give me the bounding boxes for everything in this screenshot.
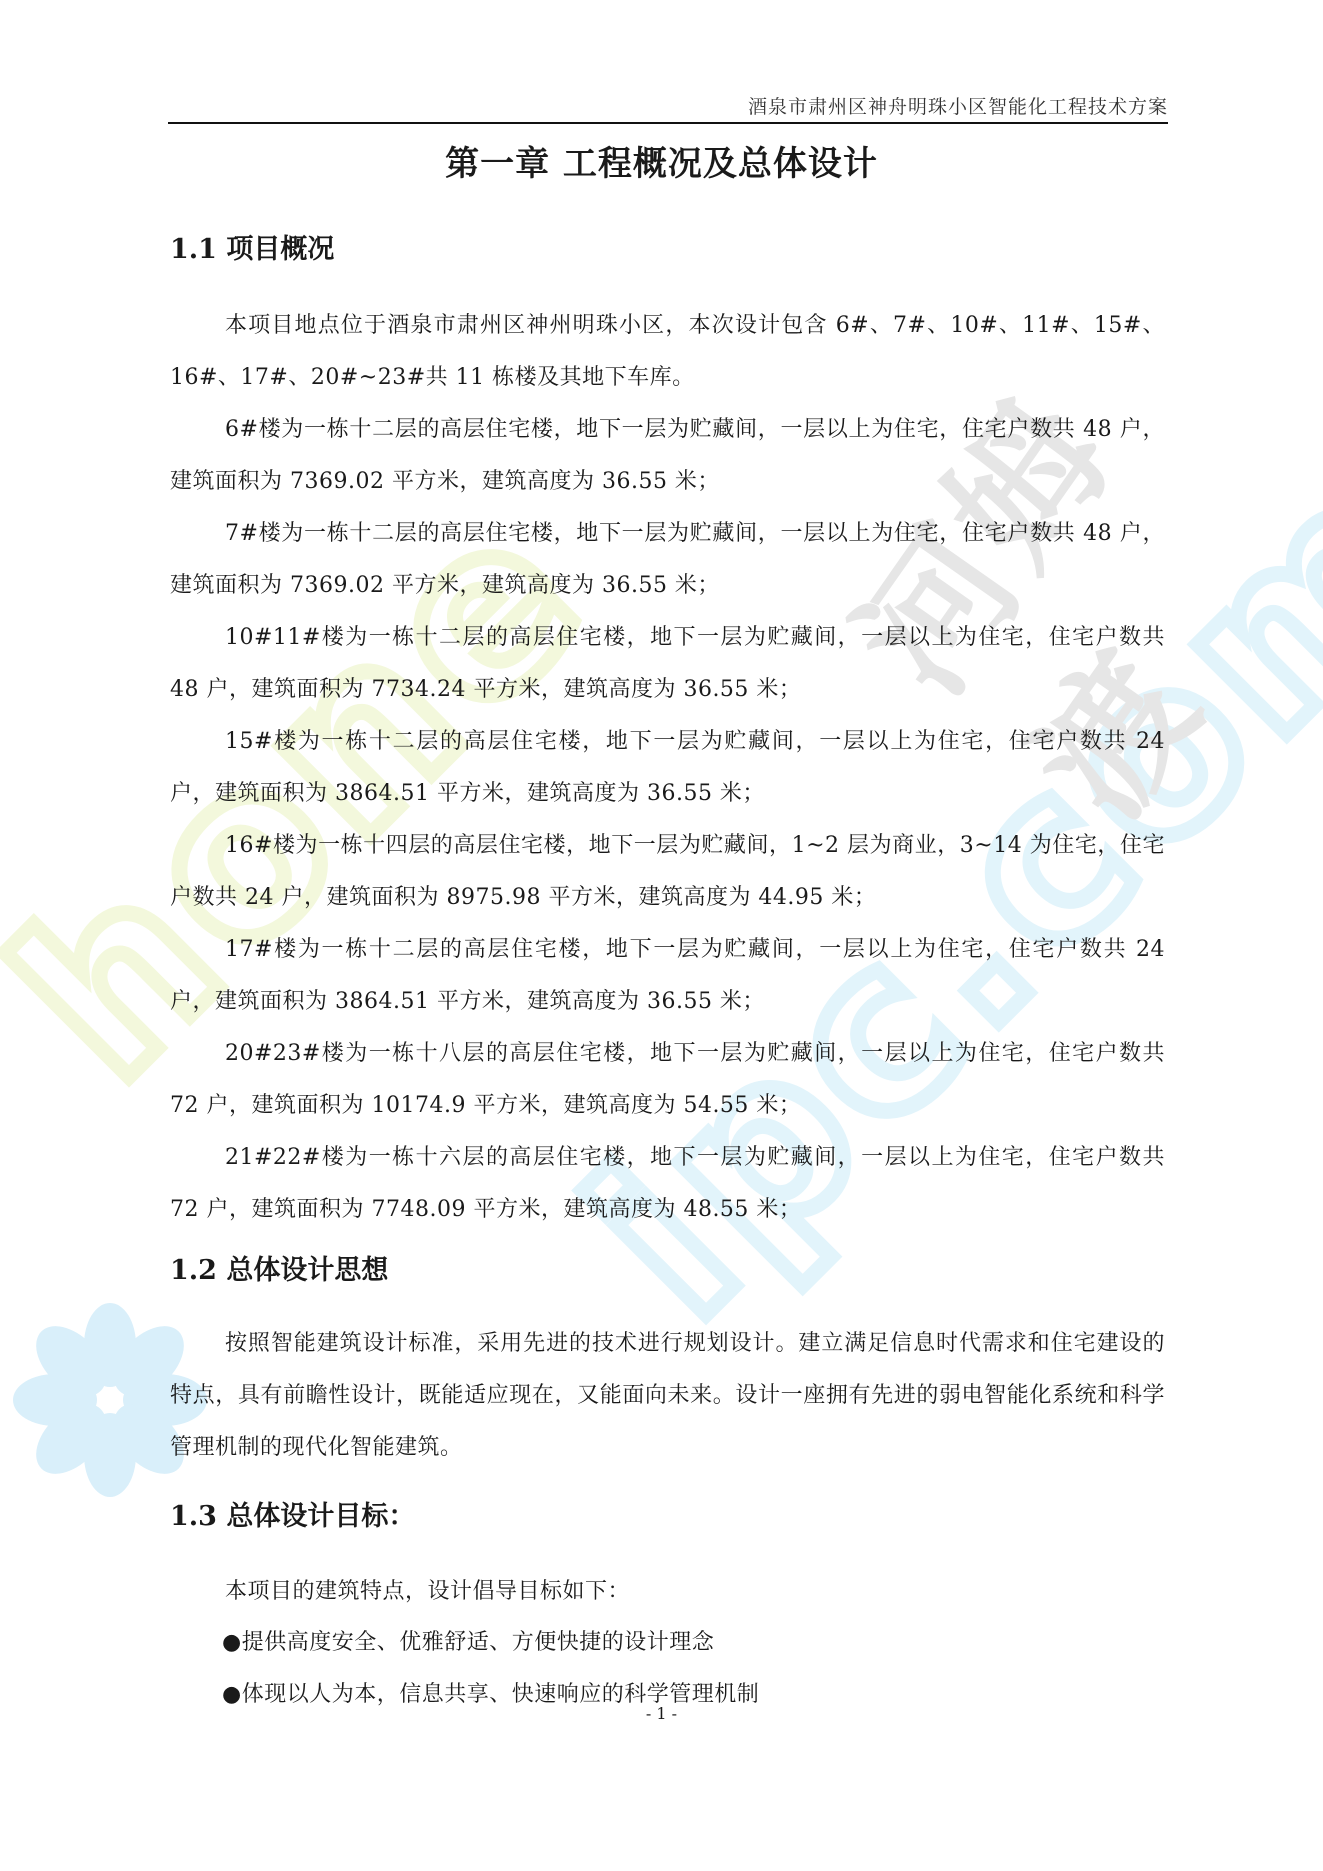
chapter-title: 第一章 工程概况及总体设计: [0, 136, 1323, 185]
page-number: - 1 -: [0, 1704, 1323, 1723]
running-header: 酒泉市肃州区神舟明珠小区智能化工程技术方案: [748, 92, 1168, 119]
paragraph: 20#23#楼为一栋十八层的高层住宅楼，地下一层为贮藏间，一层以上为住宅，住宅户…: [170, 1028, 1165, 1132]
paragraph: 按照智能建筑设计标准，采用先进的技术进行规划设计。建立满足信息时代需求和住宅建设…: [170, 1318, 1165, 1474]
section-heading-1-1: 1.1 项目概况: [170, 227, 334, 266]
paragraph: 本项目地点位于酒泉市肃州区神州明珠小区，本次设计包含 6#、7#、10#、11#…: [170, 300, 1165, 404]
paragraph: 本项目的建筑特点，设计倡导目标如下：: [170, 1566, 1165, 1618]
paragraph: 16#楼为一栋十四层的高层住宅楼，地下一层为贮藏间，1~2 层为商业，3~14 …: [170, 820, 1165, 924]
paragraph: 15#楼为一栋十二层的高层住宅楼，地下一层为贮藏间，一层以上为住宅，住宅户数共 …: [170, 716, 1165, 820]
section-heading-1-3: 1.3 总体设计目标：: [170, 1494, 415, 1533]
header-divider: [168, 122, 1168, 124]
paragraph: 10#11#楼为一栋十二层的高层住宅楼，地下一层为贮藏间，一层以上为住宅，住宅户…: [170, 612, 1165, 716]
section-heading-1-2: 1.2 总体设计思想: [170, 1248, 388, 1287]
paragraph: 17#楼为一栋十二层的高层住宅楼，地下一层为贮藏间，一层以上为住宅，住宅户数共 …: [170, 924, 1165, 1028]
bullet-item: ●提供高度安全、优雅舒适、方便快捷的设计理念: [222, 1625, 714, 1656]
paragraph: 6#楼为一栋十二层的高层住宅楼，地下一层为贮藏间，一层以上为住宅，住宅户数共 4…: [170, 404, 1165, 508]
document-page: 酒泉市肃州区神舟明珠小区智能化工程技术方案 第一章 工程概况及总体设计 1.1 …: [0, 0, 1323, 1871]
paragraph: 21#22#楼为一栋十六层的高层住宅楼，地下一层为贮藏间，一层以上为住宅，住宅户…: [170, 1132, 1165, 1236]
paragraph: 7#楼为一栋十二层的高层住宅楼，地下一层为贮藏间，一层以上为住宅，住宅户数共 4…: [170, 508, 1165, 612]
